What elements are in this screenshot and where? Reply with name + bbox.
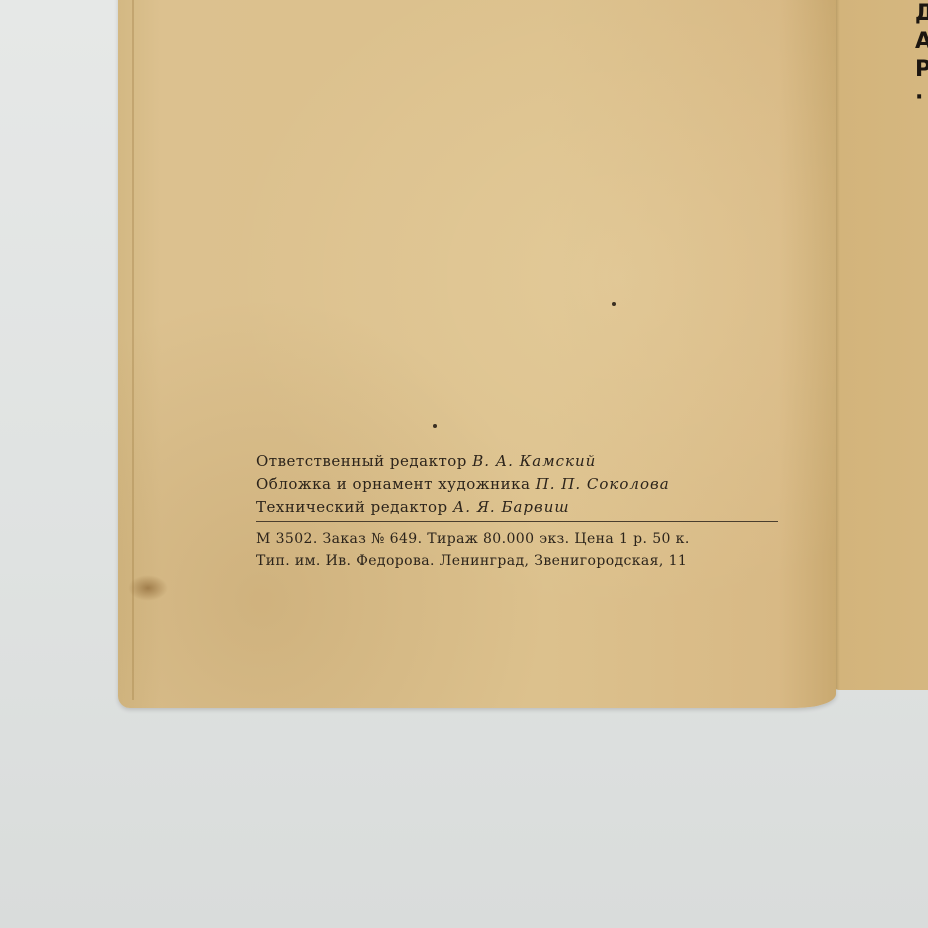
glyph: ·: [915, 84, 928, 112]
right-page-text-fragment: Д А Р ·: [915, 0, 928, 112]
publication-info: М 3502. Заказ № 649. Тираж 80.000 экз. Ц…: [256, 528, 796, 572]
print-speck: [433, 424, 437, 428]
credit-name: В. А. Камский: [472, 452, 596, 470]
credit-name: П. П. Соколова: [536, 475, 670, 493]
credit-role: Ответственный редактор: [256, 452, 467, 470]
stain: [128, 575, 168, 601]
order-print-run-price: М 3502. Заказ № 649. Тираж 80.000 экз. Ц…: [256, 528, 796, 550]
glyph: А: [915, 28, 928, 56]
credit-role: Обложка и орнамент художника: [256, 475, 530, 493]
print-speck: [612, 302, 616, 306]
credit-line: Технический редактор А. Я. Барвиш: [256, 496, 816, 519]
credits-block: Ответственный редактор В. А. Камский Обл…: [256, 450, 816, 519]
printing-house-address: Тип. им. Ив. Федорова. Ленинград, Звениг…: [256, 550, 796, 572]
credit-line: Ответственный редактор В. А. Камский: [256, 450, 816, 473]
right-page: [830, 0, 928, 690]
left-page: [118, 0, 836, 708]
glyph: Р: [915, 56, 928, 84]
glyph: Д: [915, 0, 928, 28]
credit-role: Технический редактор: [256, 498, 448, 516]
credit-name: А. Я. Барвиш: [453, 498, 570, 516]
credit-line: Обложка и орнамент художника П. П. Сокол…: [256, 473, 816, 496]
divider: [668, 521, 778, 522]
